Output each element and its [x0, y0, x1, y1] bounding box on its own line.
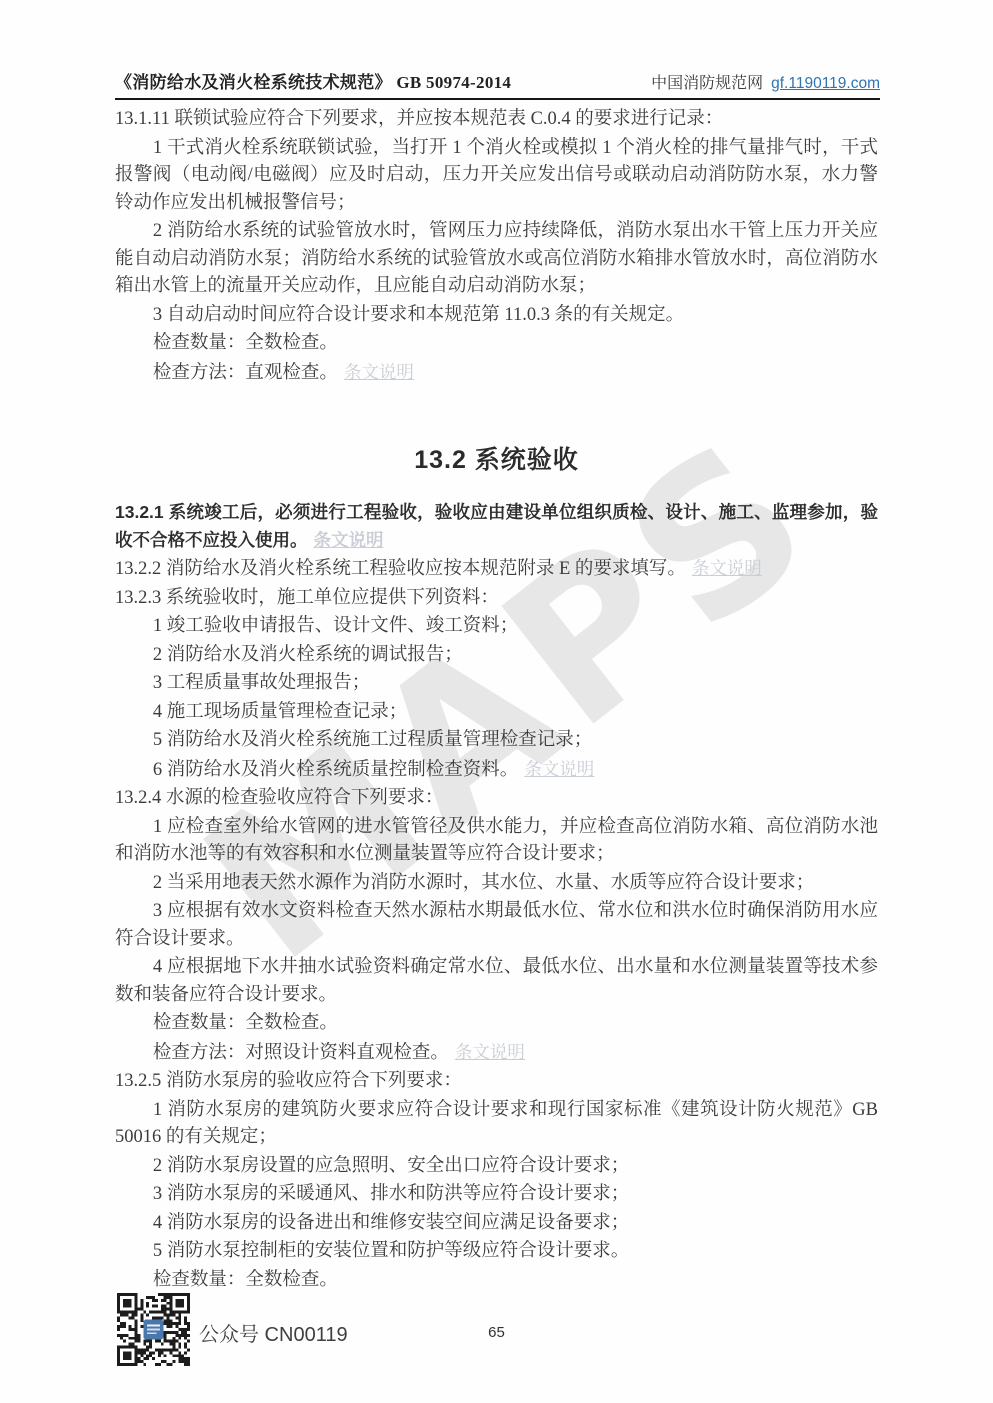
paragraph: 检查数量：全数检查。	[115, 1010, 878, 1038]
paragraph-text: 13.2.1 系统竣工后，必须进行工程验收，验收应由建设单位组织质检、设计、施工…	[115, 502, 878, 550]
document-title: 《消防给水及消火栓系统技术规范》 GB 50974-2014	[115, 68, 511, 93]
paragraph-text: 2 当采用地表天然水源作为消防水源时，其水位、水量、水质等应符合设计要求；	[153, 873, 814, 893]
paragraph: 13.2.2 消防给水及消火栓系统工程验收应按本规范附录 E 的要求填写。条文说…	[115, 555, 878, 584]
paragraph-text: 13.1.11 联锁试验应符合下列要求，并应按本规范表 C.0.4 的要求进行记…	[115, 109, 723, 129]
site-url-link[interactable]: gf.1190119.com	[771, 75, 880, 92]
paragraph-text: 4 应根据地下水井抽水试验资料确定常水位、最低水位、出水量和水位测量装置等技术参…	[115, 957, 878, 1005]
qr-code	[117, 1293, 190, 1366]
paragraph: 检查方法：对照设计资料直观检查。条文说明	[115, 1039, 878, 1068]
paragraph-text: 检查数量：全数检查。	[153, 1270, 338, 1290]
paragraph: 1 干式消火栓系统联锁试验，当打开 1 个消火栓或模拟 1 个消火栓的排气量排气…	[115, 135, 878, 218]
paragraph-text: 13.2.3 系统验收时，施工单位应提供下列资料：	[115, 588, 499, 608]
paragraph: 检查数量：全数检查。	[115, 1267, 878, 1295]
paragraph: 13.1.11 联锁试验应符合下列要求，并应按本规范表 C.0.4 的要求进行记…	[115, 106, 878, 134]
paragraph: 5 消防给水及消火栓系统施工过程质量管理检查记录；	[115, 727, 878, 755]
document-page: 《消防给水及消火栓系统技术规范》 GB 50974-2014 中国消防规范网gf…	[0, 0, 993, 1403]
paragraph-text: 2 消防给水及消火栓系统的调试报告；	[153, 645, 463, 665]
paragraph: 3 应根据有效水文资料检查天然水源枯水期最低水位、常水位和洪水位时确保消防用水应…	[115, 898, 878, 953]
site-info: 中国消防规范网gf.1190119.com	[651, 70, 880, 93]
provision-note-link[interactable]: 条文说明	[524, 759, 594, 779]
paragraph-text: 3 消防水泵房的采暖通风、排水和防洪等应符合设计要求；	[153, 1184, 629, 1204]
paragraph-text: 检查数量：全数检查。	[153, 333, 338, 353]
page-header: 《消防给水及消火栓系统技术规范》 GB 50974-2014 中国消防规范网gf…	[115, 68, 880, 100]
paragraph: 4 应根据地下水井抽水试验资料确定常水位、最低水位、出水量和水位测量装置等技术参…	[115, 954, 878, 1009]
paragraph-text: 3 自动启动时间应符合设计要求和本规范第 11.0.3 条的有关规定。	[153, 305, 684, 325]
paragraph: 3 消防水泵房的采暖通风、排水和防洪等应符合设计要求；	[115, 1181, 878, 1209]
paragraph-text: 13.2.5 消防水泵房的验收应符合下列要求：	[115, 1071, 462, 1091]
provision-note-link[interactable]: 条文说明	[692, 558, 762, 578]
paragraph: 1 应检查室外给水管网的进水管管径及供水能力，并应检查高位消防水箱、高位消防水池…	[115, 814, 878, 869]
paragraph: 13.2.3 系统验收时，施工单位应提供下列资料：	[115, 585, 878, 613]
paragraph: 1 竣工验收申请报告、设计文件、竣工资料；	[115, 613, 878, 641]
document-content: 13.1.11 联锁试验应符合下列要求，并应按本规范表 C.0.4 的要求进行记…	[115, 106, 878, 1295]
paragraph: 1 消防水泵房的建筑防火要求应符合设计要求和现行国家标准《建筑设计防火规范》GB…	[115, 1097, 878, 1152]
paragraph: 13.2.1 系统竣工后，必须进行工程验收，验收应由建设单位组织质检、设计、施工…	[115, 499, 878, 554]
site-name: 中国消防规范网	[651, 75, 763, 92]
paragraph: 4 施工现场质量管理检查记录；	[115, 699, 878, 727]
paragraph-text: 3 应根据有效水文资料检查天然水源枯水期最低水位、常水位和洪水位时确保消防用水应…	[115, 901, 878, 949]
paragraph-text: 4 施工现场质量管理检查记录；	[153, 702, 407, 722]
paragraph-text: 2 消防给水系统的试验管放水时，管网压力应持续降低，消防水泵出水干管上压力开关应…	[115, 221, 878, 296]
paragraph: 检查数量：全数检查。	[115, 330, 878, 358]
paragraph-text: 3 工程质量事故处理报告；	[153, 673, 370, 693]
paragraph: 6 消防给水及消火栓系统质量控制检查资料。条文说明	[115, 756, 878, 785]
paragraph-text: 检查数量：全数检查。	[153, 1013, 338, 1033]
paragraph: 2 消防给水及消火栓系统的调试报告；	[115, 642, 878, 670]
paragraph: 2 消防水泵房设置的应急照明、安全出口应符合设计要求；	[115, 1153, 878, 1181]
paragraph-text: 1 消防水泵房的建筑防火要求应符合设计要求和现行国家标准《建筑设计防火规范》GB…	[115, 1100, 878, 1148]
paragraph: 3 工程质量事故处理报告；	[115, 670, 878, 698]
section-13-1: 13.1.11 联锁试验应符合下列要求，并应按本规范表 C.0.4 的要求进行记…	[115, 106, 878, 387]
paragraph: 2 消防给水系统的试验管放水时，管网压力应持续降低，消防水泵出水干管上压力开关应…	[115, 218, 878, 301]
paragraph-text: 1 竣工验收申请报告、设计文件、竣工资料；	[153, 616, 518, 636]
paragraph-text: 13.2.4 水源的检查验收应符合下列要求：	[115, 788, 443, 808]
paragraph-text: 6 消防给水及消火栓系统质量控制检查资料。	[153, 760, 518, 780]
provision-note-link[interactable]: 条文说明	[344, 362, 414, 382]
paragraph: 5 消防水泵控制柜的安装位置和防护等级应符合设计要求。	[115, 1238, 878, 1266]
provision-note-link[interactable]: 条文说明	[314, 530, 384, 550]
paragraph: 13.2.4 水源的检查验收应符合下列要求：	[115, 785, 878, 813]
paragraph: 13.2.5 消防水泵房的验收应符合下列要求：	[115, 1068, 878, 1096]
paragraph-text: 1 应检查室外给水管网的进水管管径及供水能力，并应检查高位消防水箱、高位消防水池…	[115, 817, 878, 865]
paragraph-text: 1 干式消火栓系统联锁试验，当打开 1 个消火栓或模拟 1 个消火栓的排气量排气…	[115, 138, 878, 213]
paragraph-text: 2 消防水泵房设置的应急照明、安全出口应符合设计要求；	[153, 1156, 629, 1176]
paragraph: 4 消防水泵房的设备进出和维修安装空间应满足设备要求；	[115, 1210, 878, 1238]
provision-note-link[interactable]: 条文说明	[455, 1042, 525, 1062]
paragraph-text: 13.2.2 消防给水及消火栓系统工程验收应按本规范附录 E 的要求填写。	[115, 559, 686, 579]
paragraph-text: 检查方法：直观检查。	[153, 363, 338, 383]
paragraph-text: 4 消防水泵房的设备进出和维修安装空间应满足设备要求；	[153, 1213, 629, 1233]
paragraph-text: 5 消防给水及消火栓系统施工过程质量管理检查记录；	[153, 730, 592, 750]
paragraph-text: 5 消防水泵控制柜的安装位置和防护等级应符合设计要求。	[153, 1241, 629, 1261]
paragraph: 检查方法：直观检查。条文说明	[115, 359, 878, 388]
paragraph-text: 检查方法：对照设计资料直观检查。	[153, 1043, 449, 1063]
qr-caption: 公众号 CN00119	[199, 1318, 348, 1347]
paragraph: 3 自动启动时间应符合设计要求和本规范第 11.0.3 条的有关规定。	[115, 302, 878, 330]
paragraph: 2 当采用地表天然水源作为消防水源时，其水位、水量、水质等应符合设计要求；	[115, 870, 878, 898]
section-heading: 13.2 系统验收	[115, 443, 878, 477]
section-13-2: 13.2.1 系统竣工后，必须进行工程验收，验收应由建设单位组织质检、设计、施工…	[115, 499, 878, 1294]
